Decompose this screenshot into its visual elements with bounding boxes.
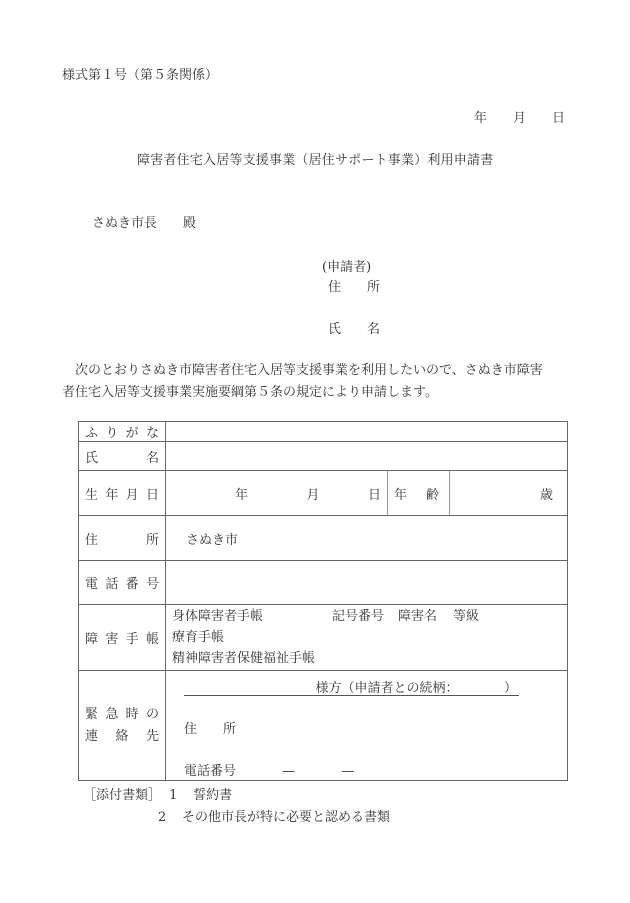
addressee-honorific: 殿 (183, 216, 196, 231)
applicant-address-label: 住所 (328, 276, 380, 295)
furigana-label: ふ り が な (79, 422, 166, 442)
handbook-field[interactable]: 身体障害者手帳 記号番号 障害名 等級 療育手帳 精神障害者保健福祉手帳 (166, 605, 568, 671)
handbook-label: 障 害 手 帳 (79, 605, 166, 671)
body-text: 次のとおりさぬき市障害者住宅入居等支援事業を利用したいので、さぬき市障害 者住宅… (62, 360, 572, 404)
address-field[interactable]: さぬき市 (166, 516, 568, 561)
name-field[interactable] (166, 442, 568, 471)
attachments-item-2: 2その他市長が特に必要と認める書類 (158, 806, 390, 825)
row-furigana: ふ り が な (79, 422, 568, 442)
code-number-label: 記号番号 (332, 606, 384, 627)
date-year: 年 (474, 107, 487, 126)
date-day: 日 (552, 107, 565, 126)
age-unit: 歳 (540, 484, 553, 503)
row-birthdate: 生 年 月 日 年 月 日 年 齢 歳 (79, 471, 568, 516)
mental-handbook-option: 精神障害者保健福祉手帳 (172, 648, 561, 669)
grade-label: 等級 (453, 606, 479, 627)
row-name: 氏 名 (79, 442, 568, 471)
ryoiku-handbook-option: 療育手帳 (172, 627, 561, 648)
row-address: 住 所 さぬき市 (79, 516, 568, 561)
age-label: 年 齢 (388, 471, 450, 515)
name-label: 氏 名 (79, 442, 166, 471)
phone-dash-2: — (341, 764, 354, 779)
form-number: 様式第１号（第５条関係） (62, 64, 218, 83)
applicant-tag: (申請者) (322, 256, 371, 275)
emergency-phone[interactable]: 電話番号 — — (184, 760, 354, 779)
emergency-contact-field[interactable]: 様方（申請者との続柄： ） 住所 電話番号 — — (166, 671, 568, 781)
attachments-heading: ［添付書類］ (83, 788, 161, 803)
birthdate-field[interactable]: 年 月 日 (160, 471, 388, 515)
disability-name-label: 障害名 (398, 606, 437, 627)
body-line-1: 次のとおりさぬき市障害者住宅入居等支援事業を利用したいので、さぬき市障害 (62, 360, 572, 382)
attachments-item-1: ［添付書類］ 1誓約書 (83, 784, 232, 803)
date-month: 月 (513, 107, 526, 126)
row-emergency-contact: 緊 急 時 の 連 絡 先 様方（申請者との続柄： ） 住所 電話番号 — — (79, 671, 568, 781)
birthdate-label: 生 年 月 日 (79, 471, 166, 516)
emergency-contact-label: 緊 急 時 の 連 絡 先 (79, 671, 166, 781)
age-field[interactable]: 歳 (450, 471, 573, 515)
furigana-field[interactable] (166, 422, 568, 442)
phone-label: 電 話 番 号 (79, 561, 166, 605)
emergency-address[interactable]: 住所 (184, 718, 236, 737)
addressee-name: さぬき市長 (92, 216, 157, 231)
body-line-2: 者住宅入居等支援事業実施要綱第５条の規定により申請します。 (62, 382, 572, 404)
row-disability-handbook: 障 害 手 帳 身体障害者手帳 記号番号 障害名 等級 療育手帳 精神障害者保健… (79, 605, 568, 671)
addressee: さぬき市長殿 (92, 212, 196, 231)
emergency-name-relation-line[interactable]: 様方（申請者との続柄： ） (184, 677, 519, 696)
applicant-name-label: 氏名 (328, 318, 380, 337)
phone-dash-1: — (282, 764, 295, 779)
row-phone: 電 話 番 号 (79, 561, 568, 605)
phone-field[interactable] (166, 561, 568, 605)
date-line: 年月日 (474, 107, 565, 126)
physical-handbook-option: 身体障害者手帳 (172, 606, 332, 627)
application-form-table: ふ り が な 氏 名 生 年 月 日 (78, 421, 568, 781)
document-title: 障害者住宅入居等支援事業（居住サポート事業）利用申請書 (137, 149, 493, 168)
address-label: 住 所 (79, 516, 166, 561)
